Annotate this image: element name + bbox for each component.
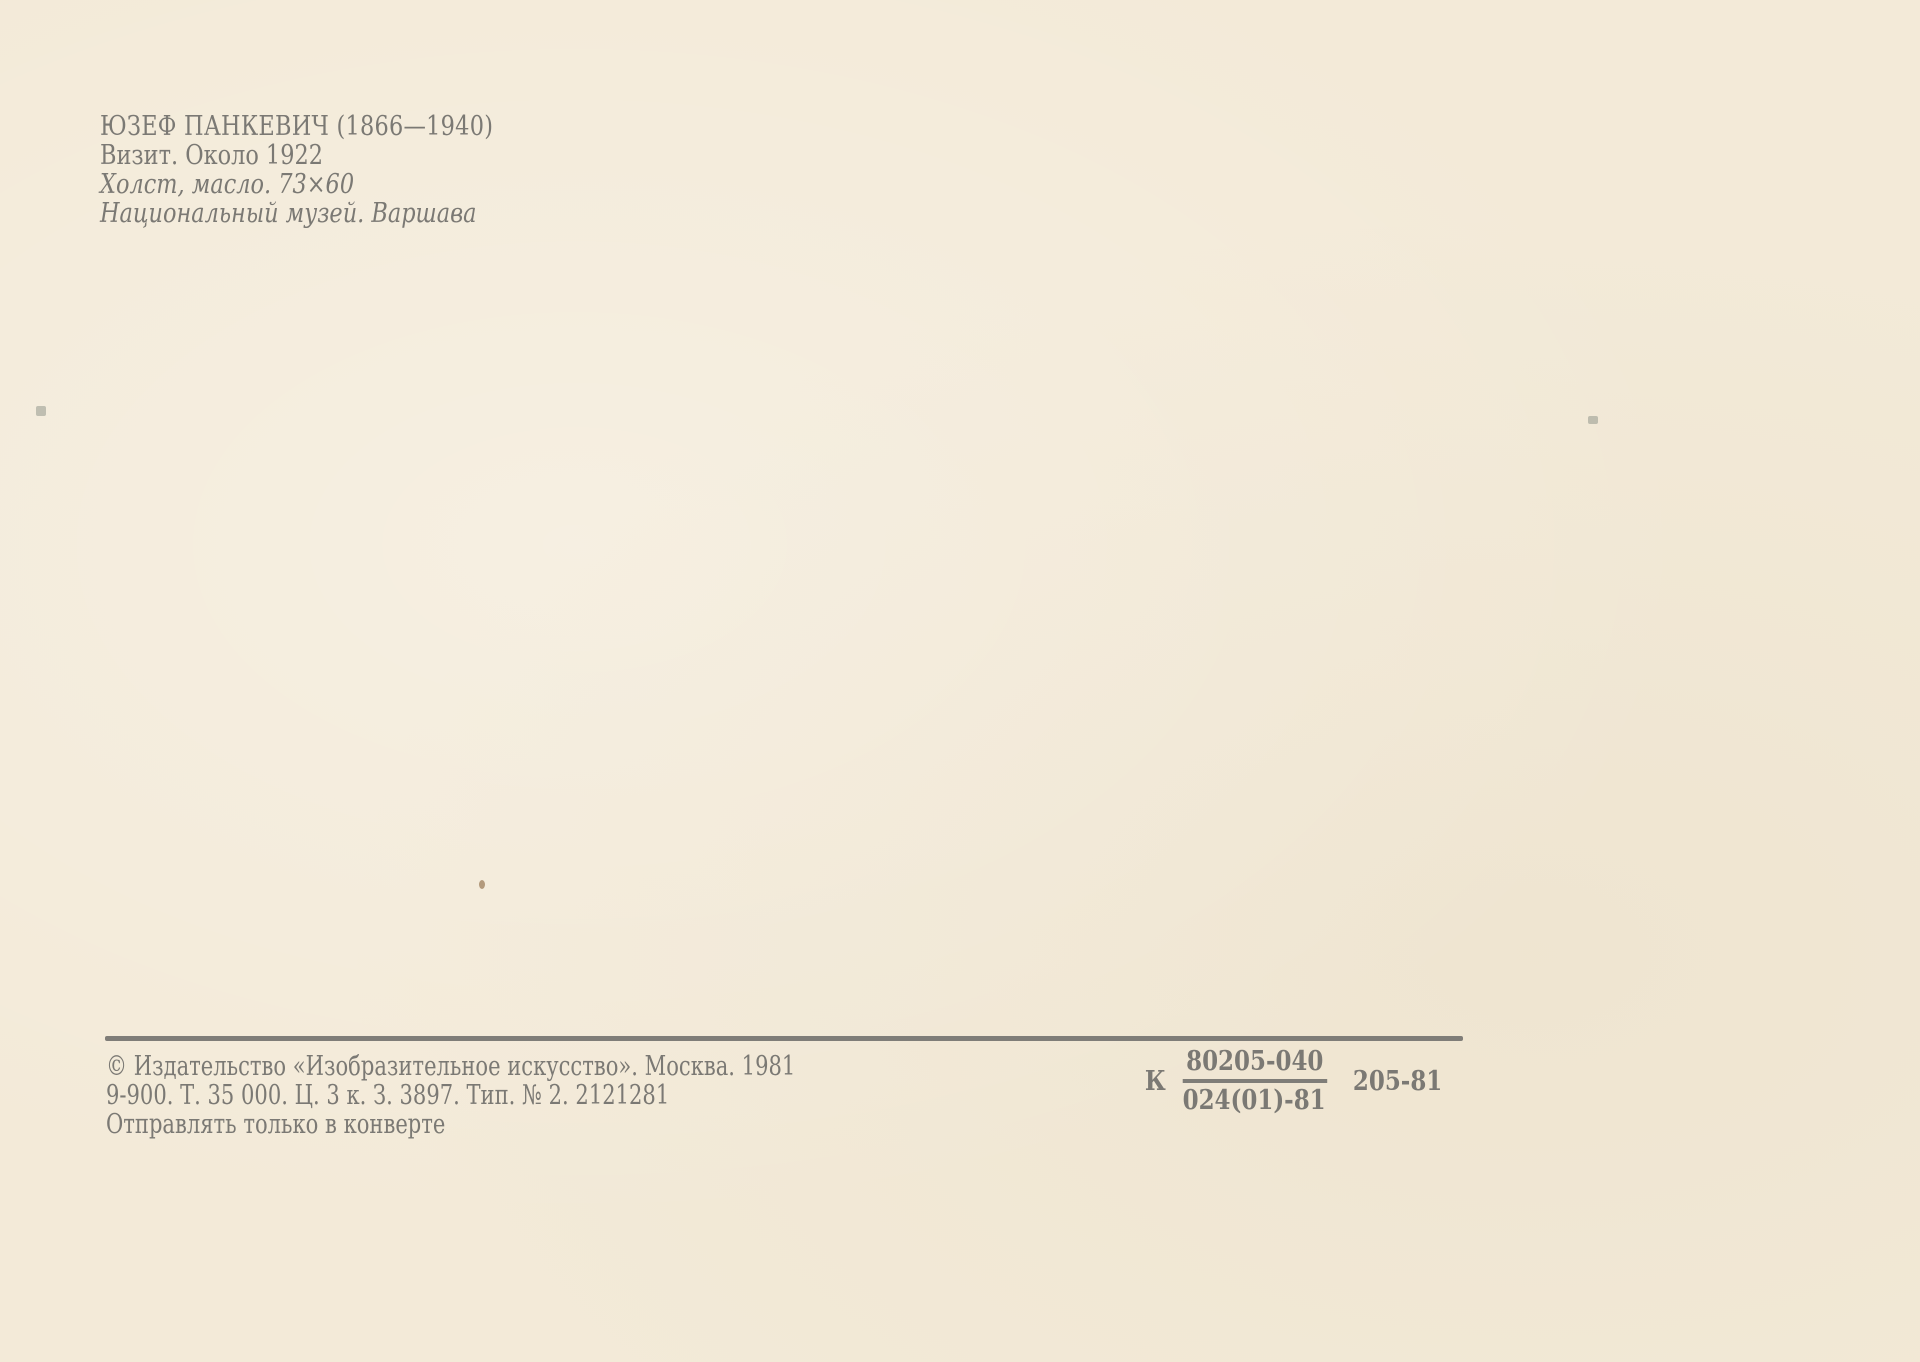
code-fraction: 80205-040 024(01)-81 [1170, 1046, 1340, 1116]
print-info-line: 9-900. Т. 35 000. Ц. 3 к. З. 3897. Тип. … [106, 1081, 795, 1110]
publisher-line: © Издательство «Изобразительное искусств… [106, 1052, 795, 1081]
publisher-imprint: © Издательство «Изобразительное искусств… [106, 1052, 990, 1139]
mailing-note: Отправлять только в конверте [106, 1110, 795, 1139]
registration-mark-right [1588, 416, 1598, 424]
artwork-caption: ЮЗЕФ ПАНКЕВИЧ (1866—1940) Визит. Около 1… [100, 112, 574, 228]
paper-spot [479, 880, 485, 889]
code-suffix: 205-81 [1353, 1066, 1442, 1097]
divider-rule [105, 1036, 1463, 1041]
artwork-location: Национальный музей. Варшава [100, 199, 493, 228]
code-numerator: 80205-040 [1182, 1046, 1326, 1083]
artist-name: ЮЗЕФ ПАНКЕВИЧ (1866—1940) [100, 112, 493, 141]
catalog-code: К 80205-040 024(01)-81 205-81 [1143, 1046, 1450, 1116]
code-prefix: К [1145, 1066, 1166, 1097]
artwork-title-date: Визит. Около 1922 [100, 141, 493, 170]
code-denominator: 024(01)-81 [1183, 1083, 1326, 1116]
registration-mark-left [36, 406, 46, 416]
artwork-medium: Холст, масло. 73×60 [100, 170, 493, 199]
